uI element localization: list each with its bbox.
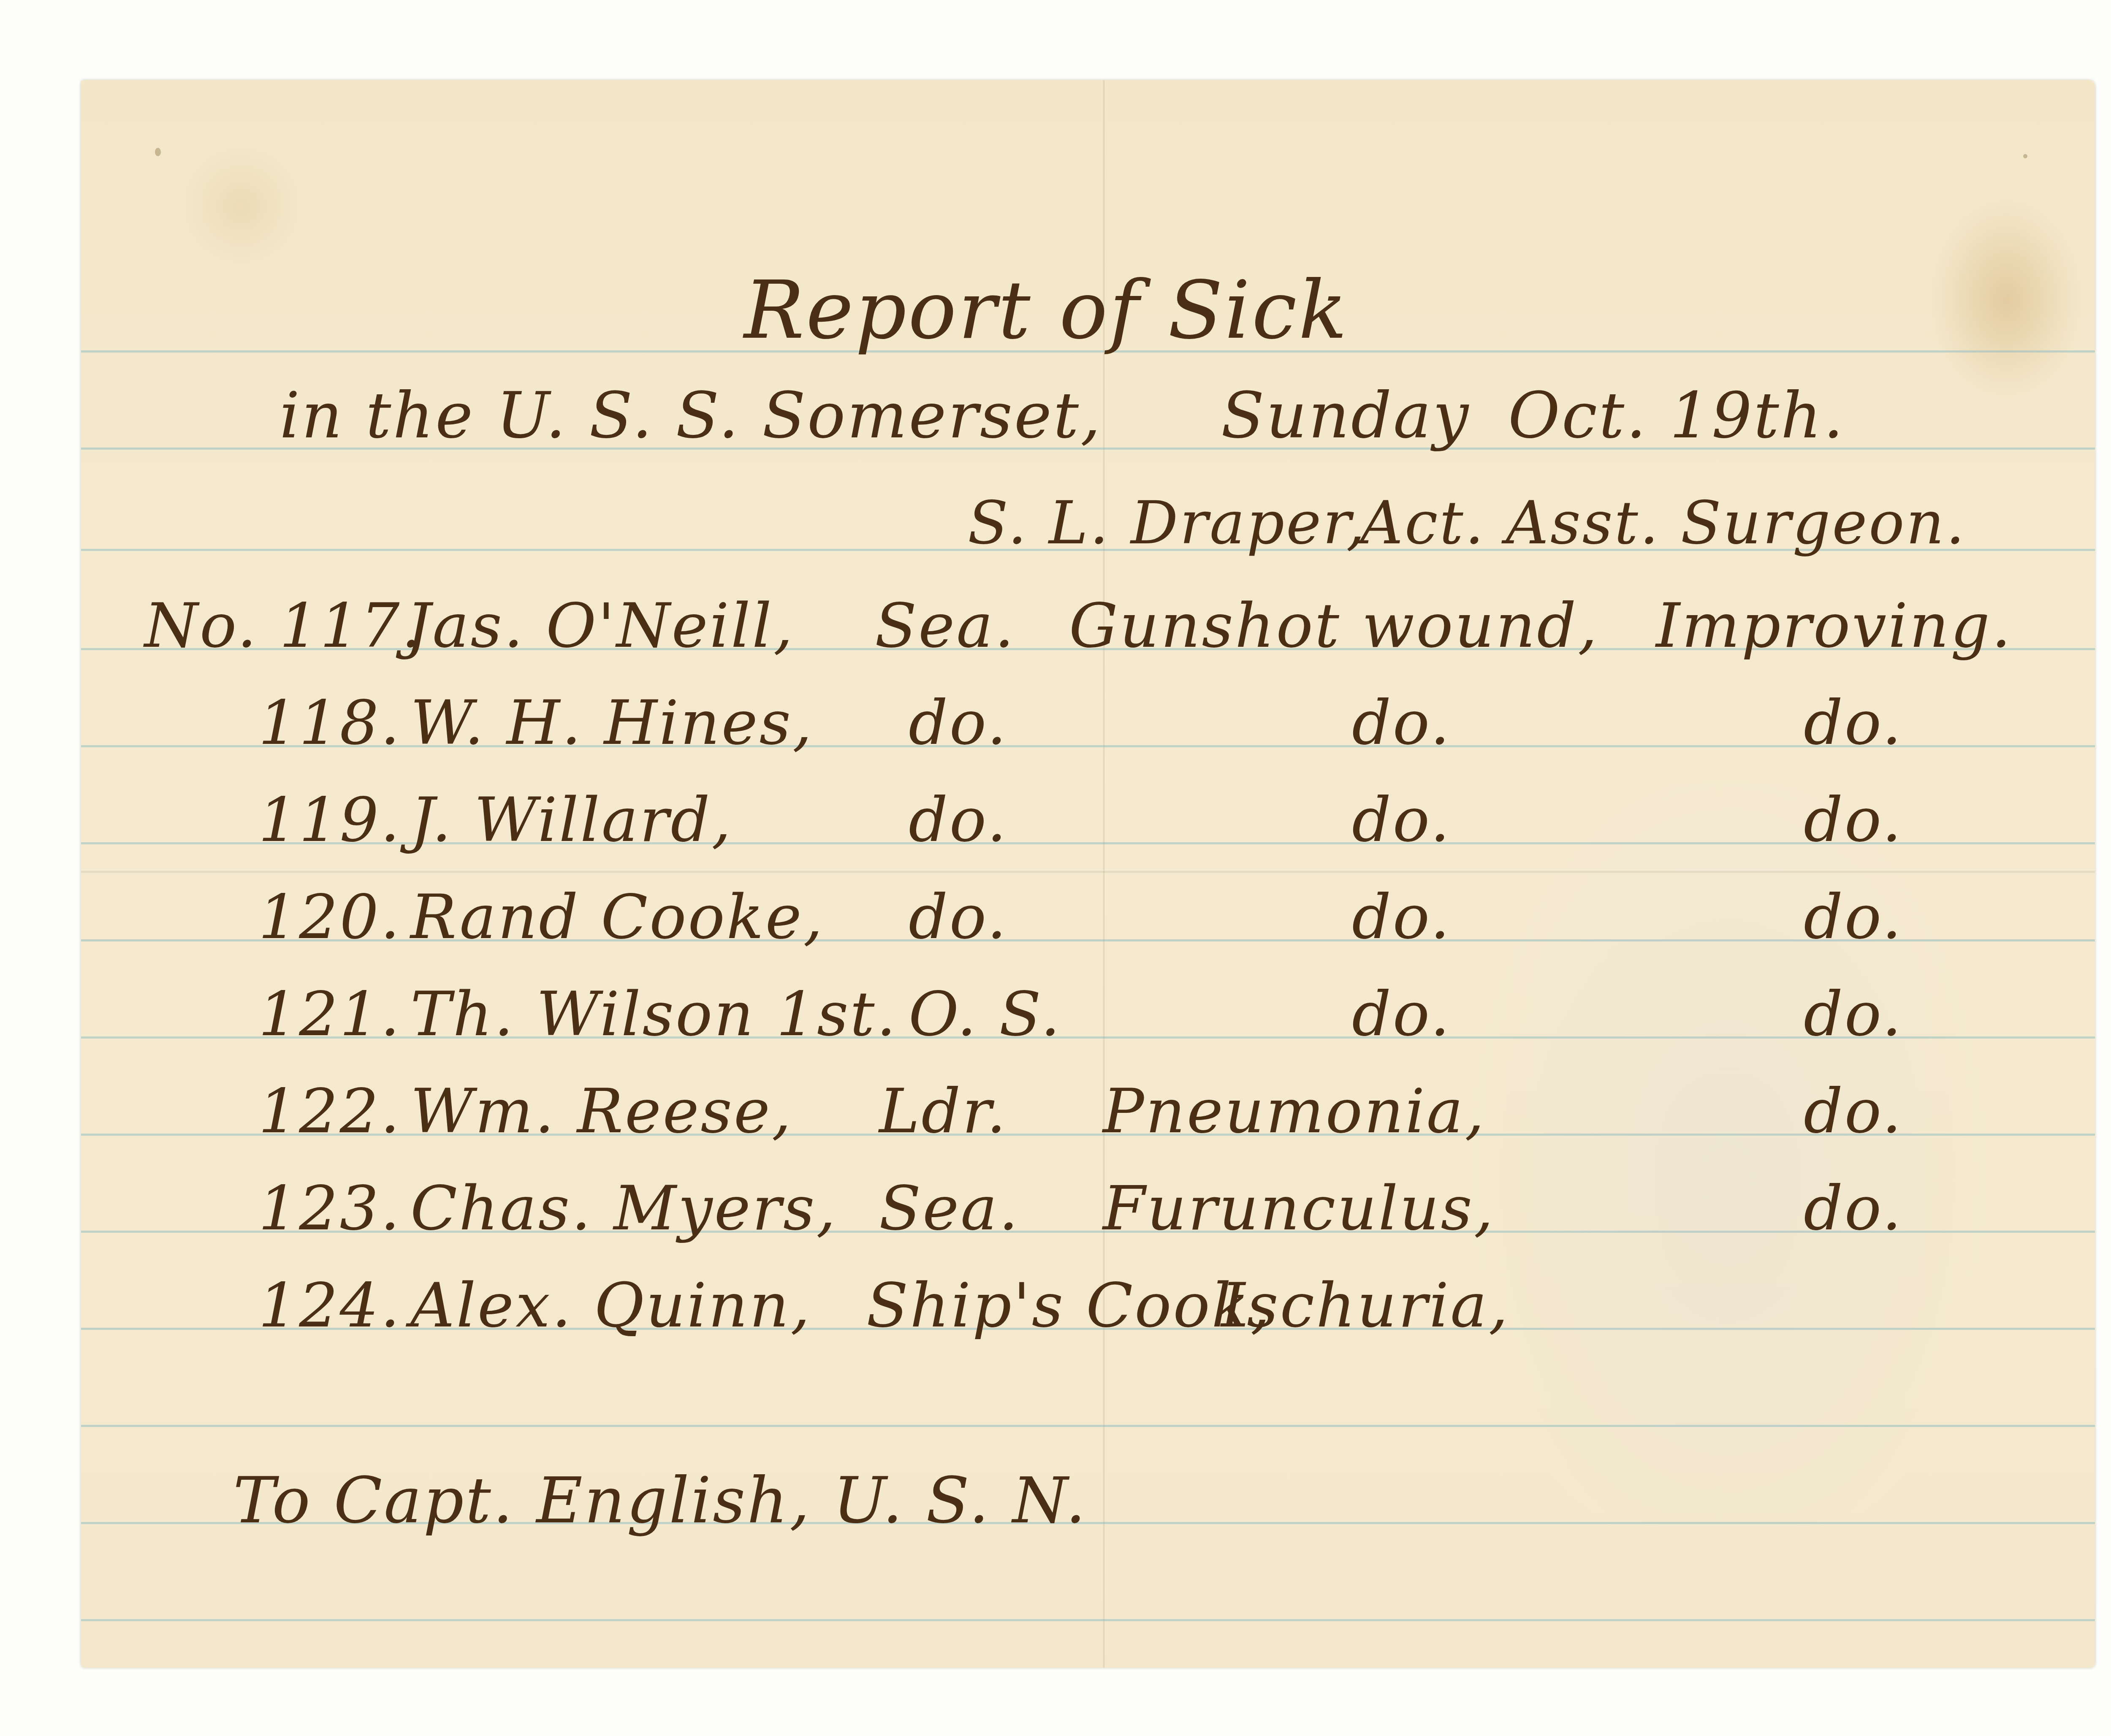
scan-background: Report of Sick in the U. S. S. Somerset,… (0, 0, 2111, 1736)
case-number: 122. (258, 1081, 402, 1142)
diagnosis: Pneumonia, (1103, 1081, 1486, 1142)
diagnosis: do. (1352, 887, 1452, 948)
patient-name: W. H. Hines, (410, 692, 814, 754)
patient-name: Chas. Myers, (410, 1178, 837, 1239)
diagnosis: Gunshot wound, (1069, 595, 1599, 656)
patient-name: Rand Cooke, (410, 887, 825, 948)
diagnosis: do. (1352, 984, 1452, 1045)
surgeon-name: S. L. Draper, (968, 494, 1367, 553)
patient-rating: O. S. (909, 984, 1062, 1045)
case-number: 123. (258, 1178, 402, 1239)
ink-speck (155, 148, 161, 156)
surgeon-title: Act. Asst. Surgeon. (1360, 494, 1966, 553)
condition: do. (1804, 887, 1903, 948)
condition: do. (1804, 1081, 1903, 1142)
ink-speck (2023, 154, 2027, 158)
letter-paper: Report of Sick in the U. S. S. Somerset,… (81, 80, 2095, 1668)
condition: Improving. (1656, 595, 2013, 656)
condition: do. (1804, 692, 1903, 754)
diagnosis: do. (1352, 789, 1452, 851)
patient-name: Wm. Reese, (410, 1081, 793, 1142)
ruled-line (81, 1619, 2095, 1621)
patient-name: Jas. O'Neill, (406, 595, 795, 656)
case-number: 118. (258, 692, 402, 754)
condition: do. (1804, 1178, 1903, 1239)
patient-rating: Sea. (879, 1178, 1020, 1239)
diagnosis: do. (1352, 692, 1452, 754)
patient-rating: Ship's Cook, (866, 1275, 1272, 1336)
addressee-line: To Capt. English, U. S. N. (233, 1469, 1087, 1533)
ruled-line (81, 1425, 2095, 1427)
patient-name: Th. Wilson 1st. (410, 984, 898, 1045)
patient-rating: do. (909, 692, 1008, 754)
case-number: 119. (258, 789, 402, 851)
condition: do. (1804, 984, 1903, 1045)
patient-name: J. Willard, (410, 789, 733, 851)
patient-rating: Ldr. (879, 1081, 1008, 1142)
document-title: Report of Sick (744, 270, 1349, 350)
report-date: Oct. 19th. (1508, 384, 1845, 448)
patient-rating: Sea. (875, 595, 1016, 656)
patient-rating: do. (909, 789, 1008, 851)
condition: do. (1804, 789, 1903, 851)
case-number: 120. (258, 887, 402, 948)
case-number: 121. (258, 984, 402, 1045)
ship-line-prefix: in the U. S. S. Somerset, (279, 384, 1102, 448)
horizontal-fold-crease (81, 870, 2095, 874)
patient-rating: do. (909, 887, 1008, 948)
report-day: Sunday (1221, 384, 1470, 448)
diagnosis: Ischuria, (1221, 1275, 1510, 1336)
case-number: 124. (258, 1275, 402, 1336)
diagnosis: Furunculus, (1103, 1178, 1495, 1239)
case-number: No. 117. (144, 595, 423, 656)
patient-name: Alex. Quinn, (410, 1275, 811, 1336)
